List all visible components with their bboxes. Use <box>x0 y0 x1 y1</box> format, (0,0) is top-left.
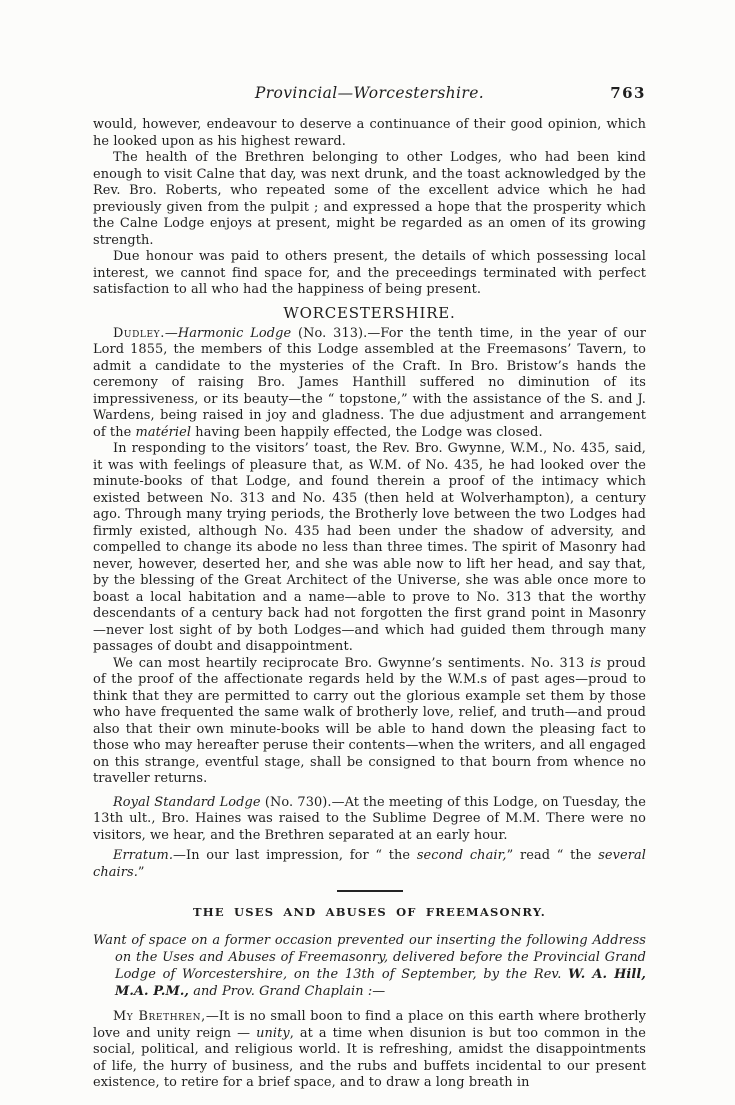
text-run: second chair, <box>417 848 507 863</box>
text-run: Due honour was paid to others present, t… <box>93 249 646 297</box>
text-run: We can most heartily reciprocate Bro. Gw… <box>113 656 590 671</box>
scanned-page: Provincial—Worcestershire. 763 would, ho… <box>93 0 646 1092</box>
section-divider <box>337 890 403 892</box>
text-run: is <box>590 656 601 671</box>
calne-health-paragraph: The health of the Brethren belonging to … <box>93 150 646 249</box>
address-intro-paragraph: Want of space on a former occasion preve… <box>93 932 646 1000</box>
text-run: proud of the proof of the affectionate r… <box>93 656 646 787</box>
text-run: matériel <box>136 425 192 440</box>
text-run: (No. 313).—For the tenth time, in the ye… <box>93 326 646 440</box>
running-head: Provincial—Worcestershire. <box>93 84 646 102</box>
text-run: —In our last impression, for “ the <box>173 848 417 863</box>
text-run: — <box>165 326 178 341</box>
text-run: would, however, endeavour to deserve a c… <box>93 117 646 149</box>
uses-abuses-heading: THE USES AND ABUSES OF FREEMASONRY. <box>93 905 646 919</box>
text-run: Dudley. <box>113 326 165 341</box>
gwynne-toast-paragraph: In responding to the visitors’ toast, th… <box>93 441 646 656</box>
text-run: Erratum. <box>113 848 173 863</box>
page-number: 763 <box>610 84 646 102</box>
text-run: unity <box>256 1026 290 1041</box>
continuation-paragraph: would, however, endeavour to deserve a c… <box>93 117 646 150</box>
text-run: having been happily effected, the Lodge … <box>191 425 543 440</box>
royal-standard-paragraph: Royal Standard Lodge (No. 730).—At the m… <box>93 795 646 845</box>
my-brethren-paragraph: My Brethren,—It is no small boon to find… <box>93 1009 646 1092</box>
text-run: Want of space on a former occasion preve… <box>93 933 646 982</box>
text-run: My Brethren, <box>113 1009 206 1024</box>
dudley-harmonic-lodge-paragraph: Dudley.—Harmonic Lodge (No. 313).—For th… <box>93 326 646 442</box>
text-run: Harmonic Lodge <box>178 326 291 341</box>
due-honour-paragraph: Due honour was paid to others present, t… <box>93 249 646 299</box>
text-run: and Prov. Grand Chaplain :— <box>189 984 385 999</box>
worcestershire-heading: WORCESTERSHIRE. <box>93 304 646 322</box>
text-run: The health of the Brethren belonging to … <box>93 150 646 248</box>
text-run: ” read “ the <box>507 848 599 863</box>
reciprocate-paragraph: We can most heartily reciprocate Bro. Gw… <box>93 656 646 788</box>
page-body: would, however, endeavour to deserve a c… <box>93 117 646 1092</box>
text-run: ” <box>138 865 145 880</box>
text-run: Royal Standard Lodge <box>113 795 261 810</box>
erratum-paragraph: Erratum.—In our last impression, for “ t… <box>93 848 646 881</box>
text-run: In responding to the visitors’ toast, th… <box>93 441 646 654</box>
page-header: Provincial—Worcestershire. 763 <box>93 84 646 104</box>
